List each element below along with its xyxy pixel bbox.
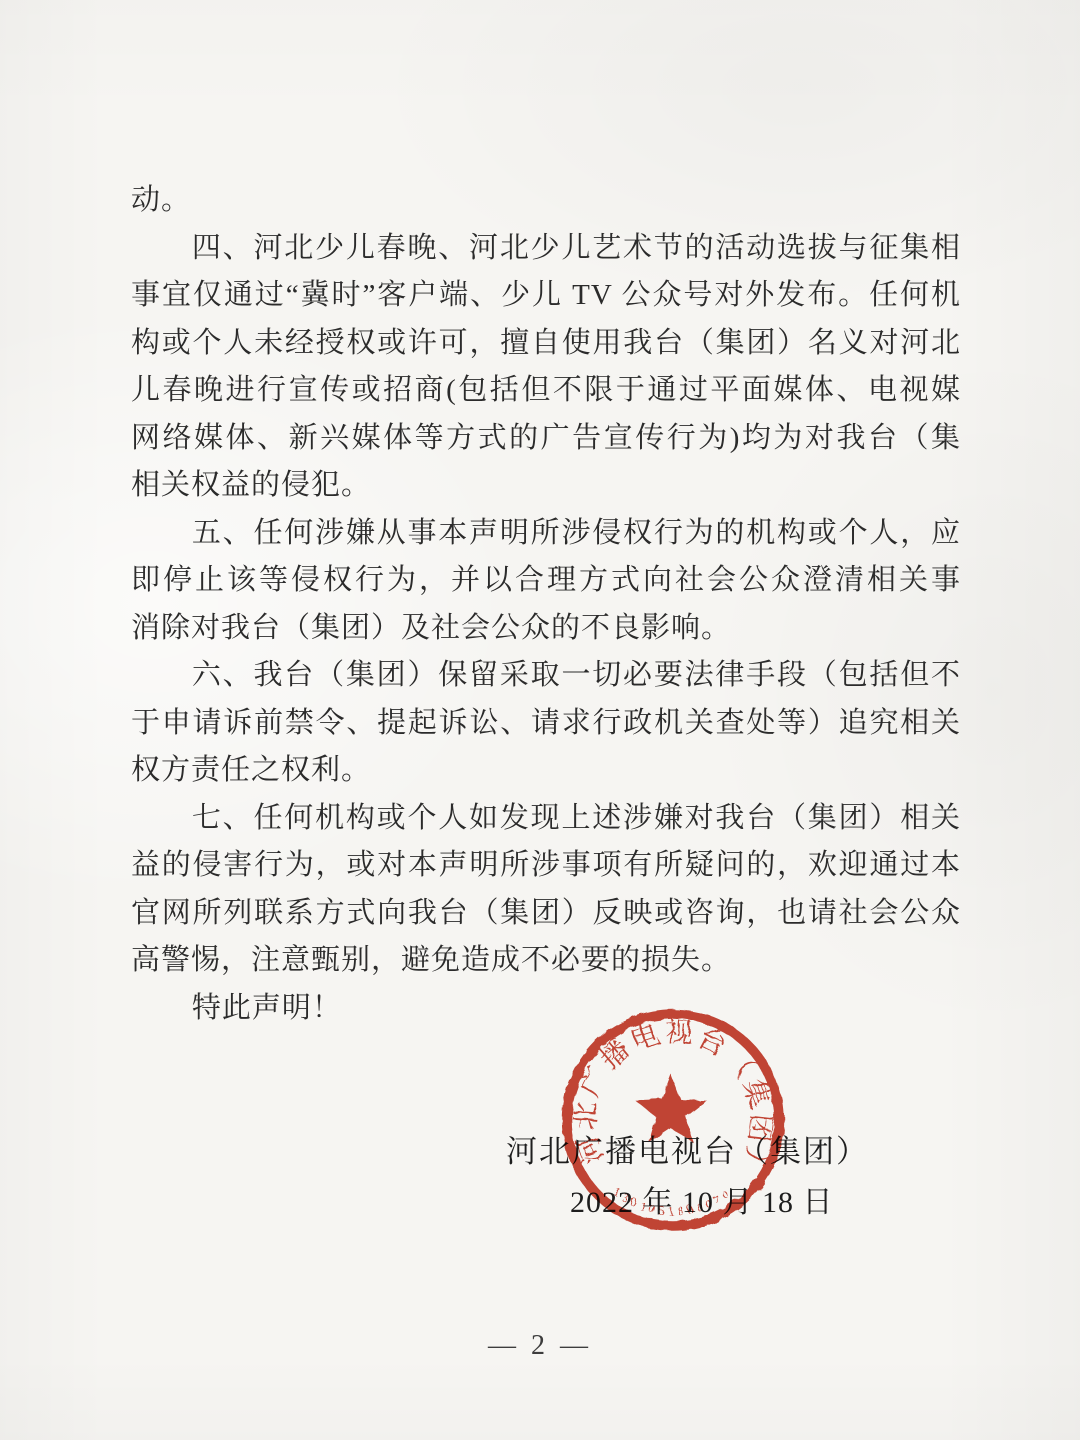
text-line: 官网所列联系方式向我台（集团）反映或咨询，也请社会公众提 [131, 890, 961, 938]
text-line: 儿春晚进行宣传或招商(包括但不限于通过平面媒体、电视媒体、 [131, 367, 961, 415]
text-line: 于申请诉前禁令、提起诉讼、请求行政机关查处等）追究相关侵 [131, 700, 961, 748]
text-line: 动。 [131, 177, 961, 225]
text-line: 五、任何涉嫌从事本声明所涉侵权行为的机构或个人，应立 [131, 510, 961, 558]
text-line: 高警惕，注意甄别，避免造成不必要的损失。 [131, 937, 961, 985]
page-number: — 2 — [0, 1330, 1080, 1362]
official-seal-stamp: 河北广播电视台（集团） 1301051800070 [548, 995, 798, 1245]
text-line: 权方责任之权利。 [131, 747, 961, 795]
text-line: 相关权益的侵犯。 [131, 462, 961, 510]
seal-star-icon [635, 1074, 707, 1143]
text-line: 特此声明！ [131, 985, 961, 1033]
text-line: 消除对我台（集团）及社会公众的不良影响。 [131, 605, 961, 653]
text-line: 七、任何机构或个人如发现上述涉嫌对我台（集团）相关权 [131, 795, 961, 843]
text-line: 益的侵害行为，或对本声明所涉事项有所疑问的，欢迎通过本台 [131, 842, 961, 890]
text-line: 网络媒体、新兴媒体等方式的广告宣传行为)均为对我台（集团） [131, 415, 961, 463]
text-line: 四、河北少儿春晚、河北少儿艺术节的活动选拔与征集相关 [131, 225, 961, 273]
text-line: 事宜仅通过“冀时”客户端、少儿 TV 公众号对外发布。任何机 [131, 272, 961, 320]
text-line: 即停止该等侵权行为，并以合理方式向社会公众澄清相关事实， [131, 557, 961, 605]
text-line: 构或个人未经授权或许可，擅自使用我台（集团）名义对河北少 [131, 320, 961, 368]
text-line: 六、我台（集团）保留采取一切必要法律手段（包括但不限 [131, 652, 961, 700]
document-body: 动。四、河北少儿春晚、河北少儿艺术节的活动选拔与征集相关事宜仅通过“冀时”客户端… [131, 177, 961, 1032]
document-page: 动。四、河北少儿春晚、河北少儿艺术节的活动选拔与征集相关事宜仅通过“冀时”客户端… [0, 0, 1080, 1440]
